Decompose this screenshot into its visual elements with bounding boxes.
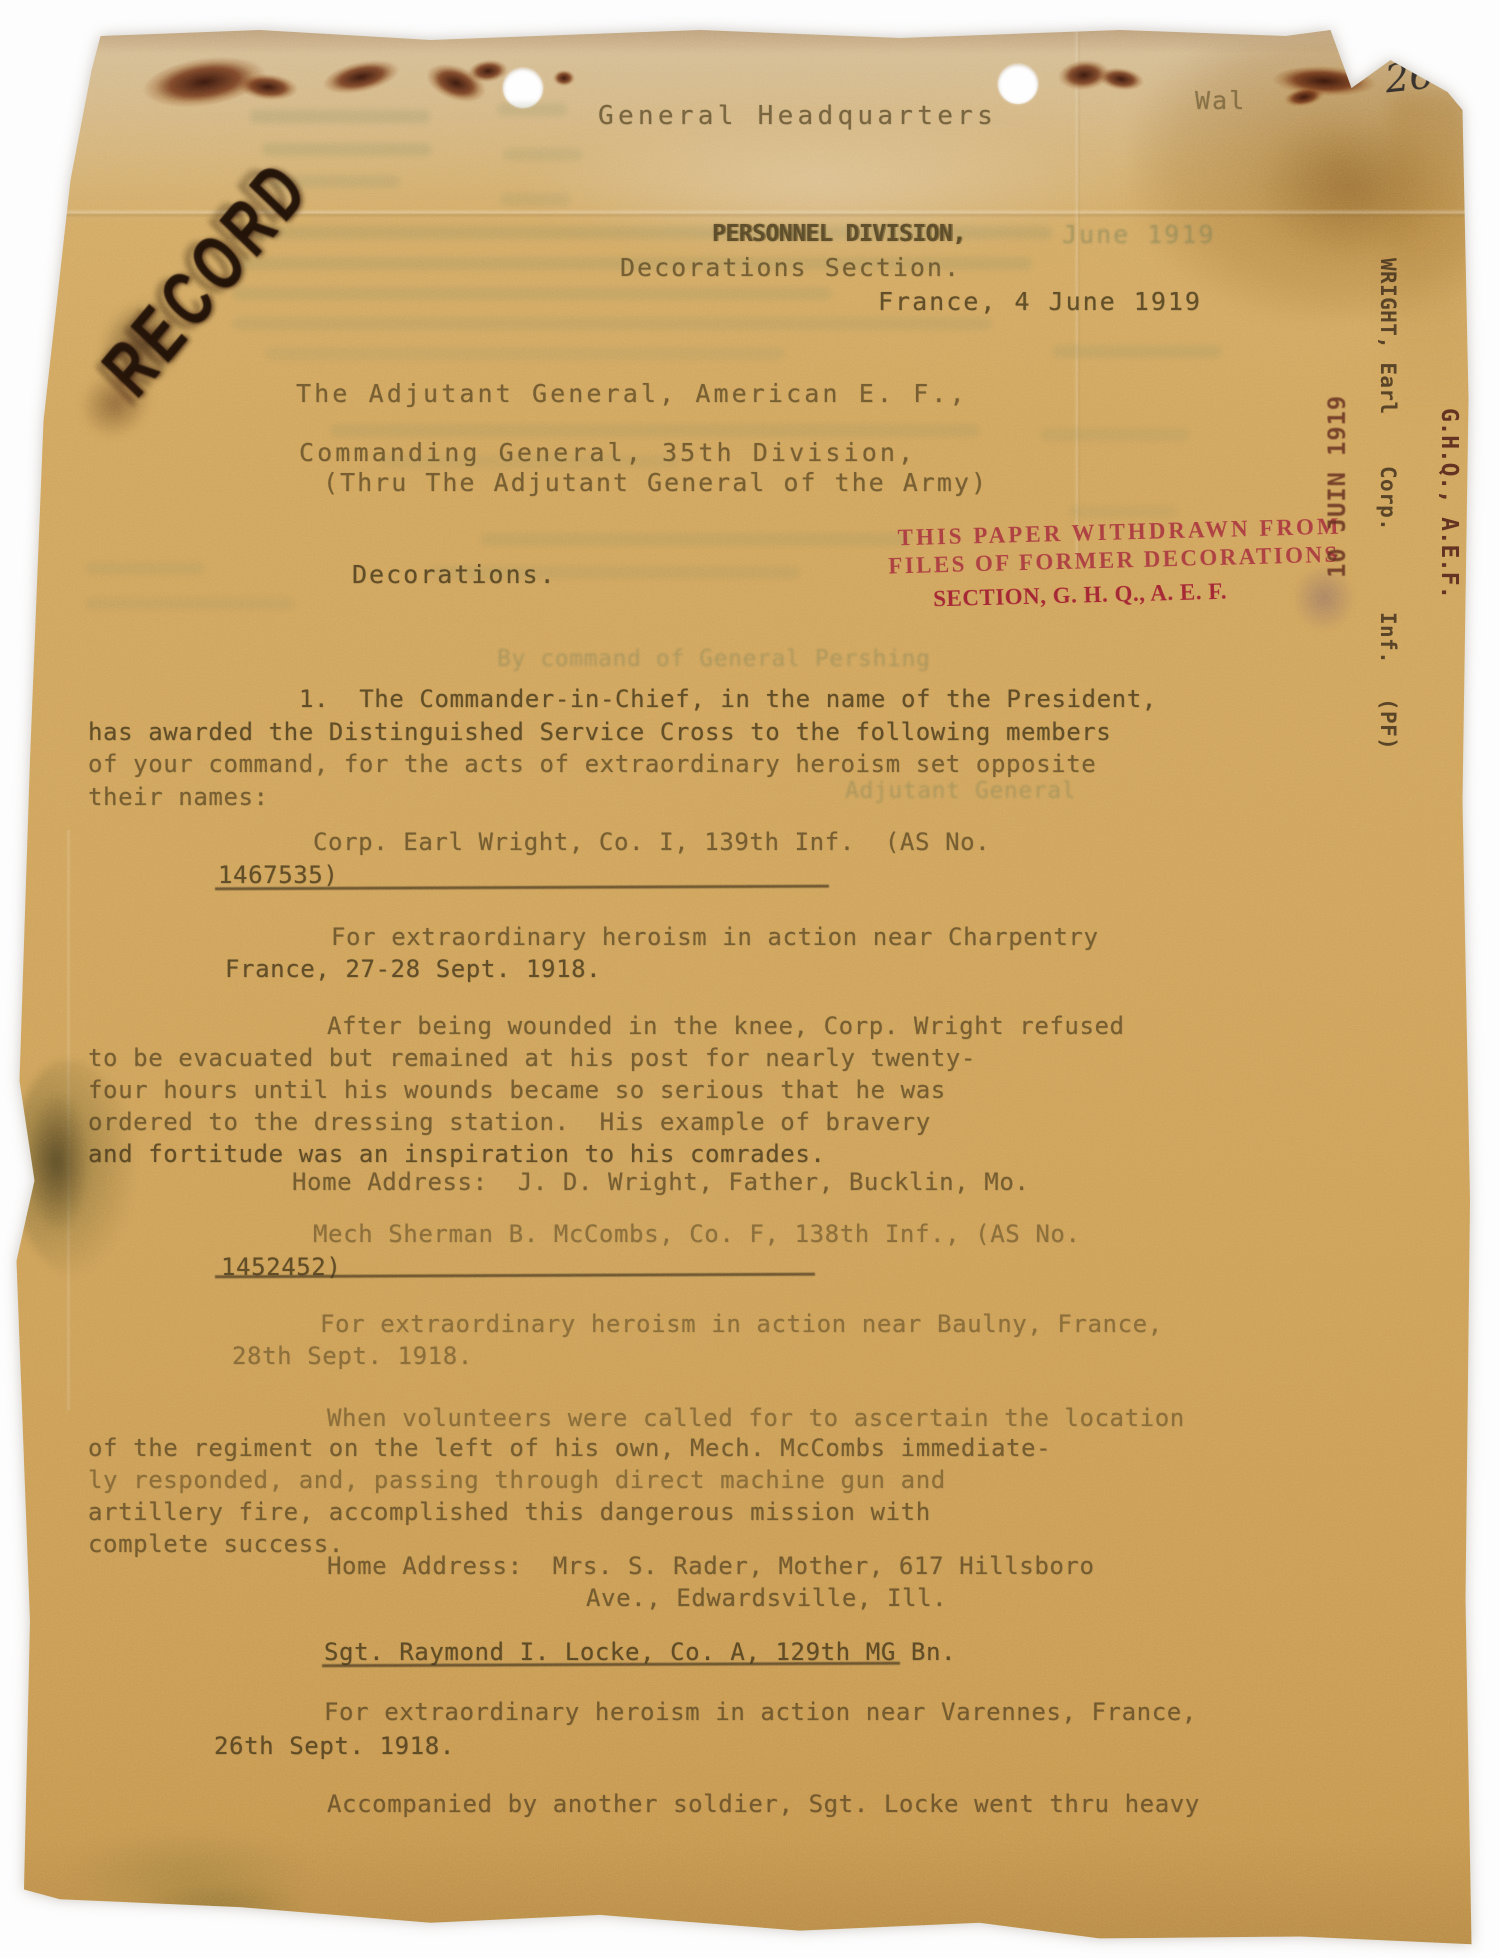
citation-action: Accompanied by another soldier, Sgt. Loc… (327, 1790, 1200, 1818)
citation-location: For extraordinary heroism in action near… (324, 1698, 1197, 1726)
citation-action: of the regiment on the left of his own, … (88, 1434, 1051, 1462)
citation-location: 26th Sept. 1918. (214, 1732, 455, 1760)
top-edge-scorch (0, 26, 1500, 54)
citation-location: 28th Sept. 1918. (232, 1342, 473, 1370)
left-edge-damage-core (28, 1095, 88, 1230)
citation-action: When volunteers were called for to ascer… (327, 1404, 1185, 1432)
citation-location: For extraordinary heroism in action near… (320, 1310, 1163, 1338)
burn-mark (1097, 65, 1146, 93)
section-line: Decorations Section. (620, 253, 961, 282)
ghost-command-line: By command of General Pershing (497, 646, 930, 672)
ghost-smudge (497, 103, 567, 116)
punch-hole-right (998, 64, 1038, 104)
dateline: France, 4 June 1919 (878, 287, 1202, 316)
address-through1: Commanding General, 35th Division, (299, 438, 916, 467)
burn-mark (237, 71, 299, 102)
citation-home-address: Ave., Edwardsville, Ill. (586, 1584, 947, 1612)
ghost-smudge (480, 533, 910, 546)
ghost-smudge (1068, 505, 1178, 518)
citation-action: ordered to the dressing station. His exa… (88, 1108, 931, 1136)
ghost-smudge (85, 562, 205, 575)
received-date-stamp: 10 JUIN 1919 (1323, 395, 1351, 578)
bottom-left-stain (72, 1832, 307, 1914)
page-title: General Headquarters (598, 101, 997, 131)
body-line: of your command, for the acts of extraor… (88, 750, 1096, 778)
scanned-document: June 1919 By command of General Pershing… (0, 0, 1500, 1958)
handwritten-page-number: 26 (1383, 53, 1436, 102)
body-line: their names: (88, 783, 269, 811)
address-to: The Adjutant General, American E. F., (296, 379, 968, 408)
ghost-smudge (500, 193, 570, 206)
citation-heading: Mech Sherman B. McCombs, Co. F, 138th In… (313, 1220, 1081, 1248)
citation-location: For extraordinary heroism in action near… (331, 923, 1099, 951)
ghost-adjutant: Adjutant General (845, 778, 1076, 804)
punch-hole-left (503, 68, 543, 108)
ghost-smudge (265, 347, 785, 360)
subject-line: Decorations. (352, 560, 557, 589)
ghost-smudge (1040, 428, 1190, 441)
body-line: 1. The Commander-in-Chief, in the name o… (299, 685, 1157, 713)
margin-branch: Inf. (1376, 612, 1400, 664)
crease-vertical-left (66, 830, 71, 1410)
ghost-smudge (232, 317, 992, 330)
paper-sheet: June 1919 By command of General Pershing… (0, 0, 1500, 1958)
division-line: PERSONNEL DIVISION, (712, 221, 966, 247)
citation-action: to be evacuated but remained at his post… (88, 1044, 976, 1072)
citation-action: artillery fire, accomplished this danger… (88, 1498, 931, 1526)
ghost-smudge (85, 597, 295, 610)
burn-mark (553, 70, 575, 86)
burn-mark (320, 54, 403, 100)
stain-right-edge (1390, 90, 1470, 420)
citation-home-address: Home Address: J. D. Wright, Father, Buck… (292, 1168, 1029, 1196)
ghost-smudge (330, 424, 980, 437)
paper-wrap: June 1919 By command of General Pershing… (0, 0, 1500, 1958)
withdrawn-stamp-line3: SECTION, G. H. Q., A. E. F. (933, 579, 1227, 613)
ghost-smudge (262, 143, 432, 156)
citation-location: France, 27-28 Sept. 1918. (225, 955, 601, 983)
ghost-smudge (232, 287, 832, 300)
citation-action: complete success. (88, 1530, 344, 1558)
clerk-initials: Wal (1195, 86, 1246, 115)
bottom-darkening (0, 1835, 1500, 1950)
record-stamp: RECORD (87, 141, 327, 413)
body-line: has awarded the Distinguished Service Cr… (88, 718, 1111, 746)
margin-soldier-name: WRIGHT, Earl (1376, 258, 1400, 415)
citation-action: ly responded, and, passing through direc… (88, 1466, 946, 1494)
margin-office: G.H.Q., A.E.F. (1436, 408, 1462, 599)
citation-action: four hours until his wounds became so se… (88, 1076, 946, 1104)
ghost-smudge (503, 148, 583, 161)
citation-action: After being wounded in the knee, Corp. W… (327, 1012, 1125, 1040)
citation-service-number: 1467535) (218, 861, 338, 889)
ghost-dateline: June 1919 (1062, 220, 1215, 249)
burn-mark (467, 58, 509, 84)
citation-heading: Corp. Earl Wright, Co. I, 139th Inf. (AS… (313, 828, 990, 856)
bottom-left-stain2 (138, 1882, 303, 1930)
stain-top-right-core (1255, 118, 1450, 263)
margin-rank: Corp. (1376, 466, 1400, 531)
citation-action: and fortitude was an inspiration to his … (88, 1140, 825, 1168)
ghost-smudge (250, 110, 430, 123)
address-through2: (Thru The Adjutant General of the Army) (323, 468, 988, 497)
citation-home-address: Home Address: Mrs. S. Rader, Mother, 617… (327, 1552, 1095, 1580)
margin-note: (PF) (1376, 698, 1400, 750)
ghost-smudge (1052, 345, 1222, 358)
